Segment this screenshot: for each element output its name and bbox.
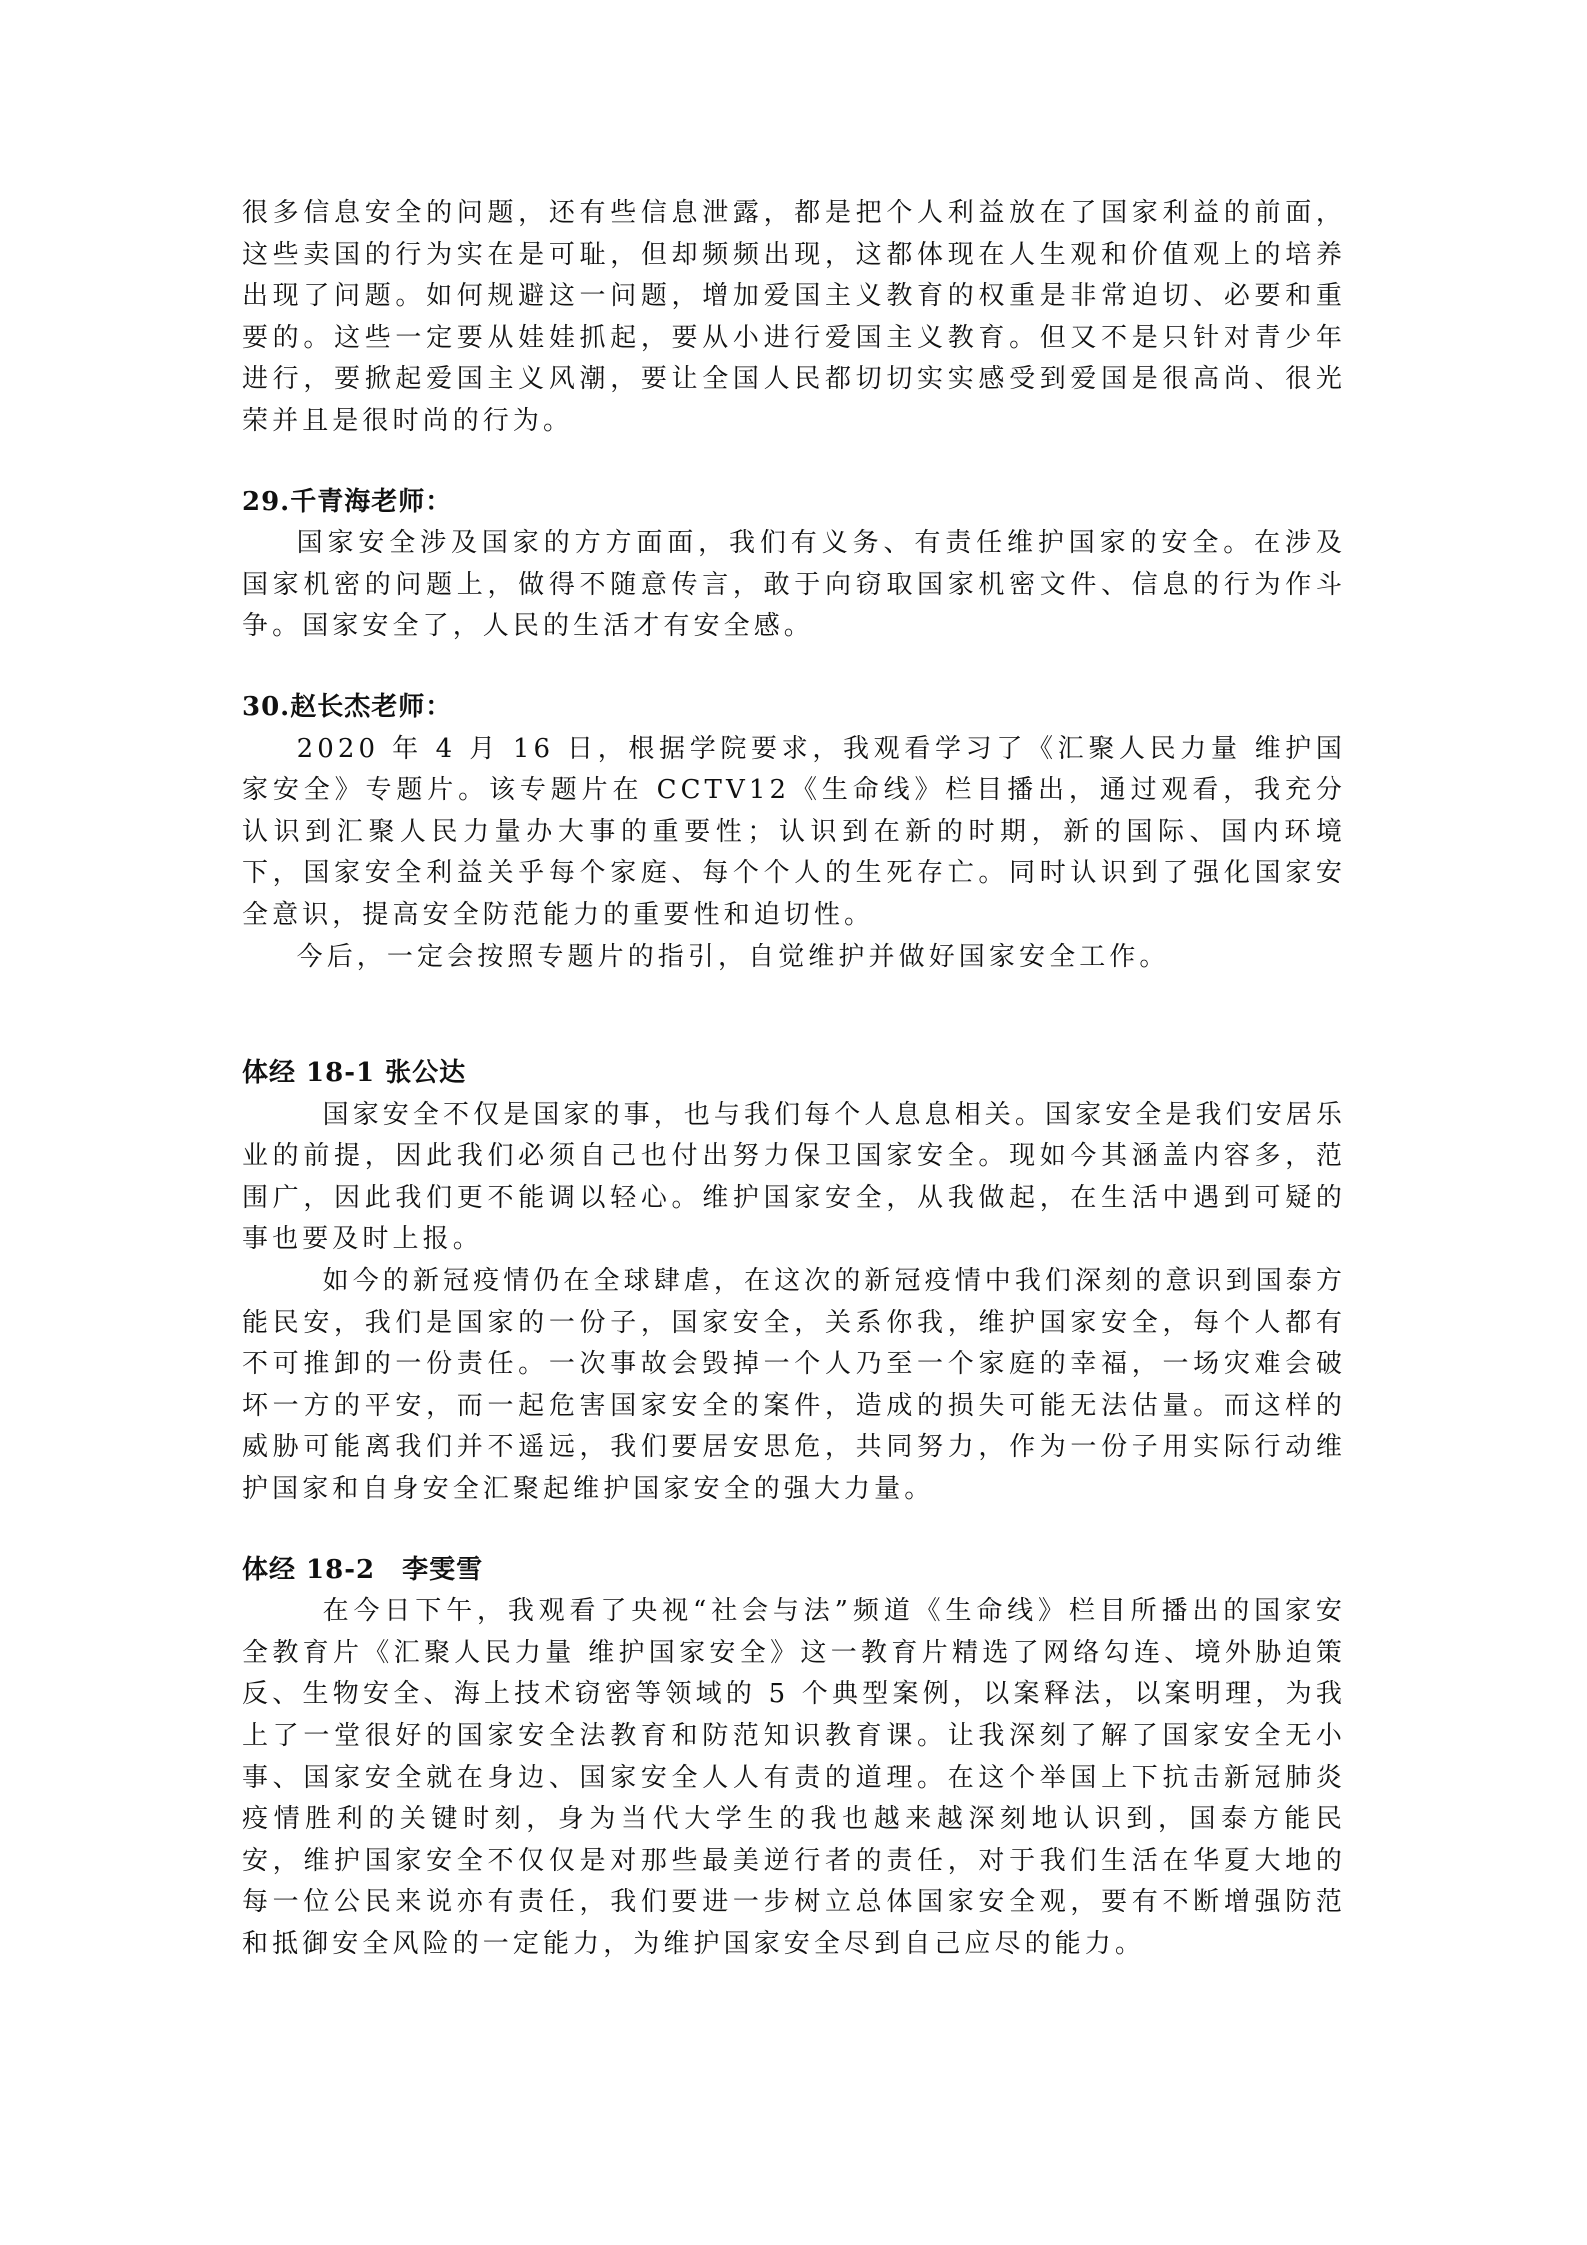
section-paragraph: 今后，一定会按照专题片的指引，自觉维护并做好国家安全工作。: [242, 937, 1346, 979]
section-heading: 体经 18-2 李雯雪: [242, 1550, 1346, 1592]
spacer: [242, 1511, 1346, 1550]
section-paragraph: 如今的新冠疫情仍在全球肆虐，在这次的新冠疫情中我们深刻的意识到国泰方能民安，我们…: [242, 1261, 1346, 1511]
section-heading: 体经 18-1 张公达: [242, 1053, 1346, 1095]
document-page: 很多信息安全的问题，还有些信息泄露，都是把个人利益放在了国家利益的前面，这些卖国…: [242, 193, 1346, 1966]
spacer: [242, 648, 1346, 687]
section-qian-qinghai: 29.千青海老师： 国家安全涉及国家的方方面面，我们有义务、有责任维护国家的安全…: [242, 482, 1346, 648]
section-zhang-gongda: 体经 18-1 张公达 国家安全不仅是国家的事，也与我们每个人息息相关。国家安全…: [242, 1053, 1346, 1511]
section-zhao-changjie: 30.赵长杰老师： 2020 年 4 月 16 日，根据学院要求，我观看学习了《…: [242, 687, 1346, 978]
section-li-wenxue: 体经 18-2 李雯雪 在今日下午，我观看了央视“社会与法”频道《生命线》栏目所…: [242, 1550, 1346, 1966]
section-paragraph: 国家安全不仅是国家的事，也与我们每个人息息相关。国家安全是我们安居乐业的前提，因…: [242, 1095, 1346, 1261]
section-paragraph: 2020 年 4 月 16 日，根据学院要求，我观看学习了《汇聚人民力量 维护国…: [242, 729, 1346, 937]
spacer: [242, 443, 1346, 482]
section-paragraph: 国家安全涉及国家的方方面面，我们有义务、有责任维护国家的安全。在涉及国家机密的问…: [242, 523, 1346, 648]
section-heading: 29.千青海老师：: [242, 482, 1346, 524]
intro-paragraph: 很多信息安全的问题，还有些信息泄露，都是把个人利益放在了国家利益的前面，这些卖国…: [242, 193, 1346, 443]
spacer: [242, 978, 1346, 1053]
section-paragraph: 在今日下午，我观看了央视“社会与法”频道《生命线》栏目所播出的国家安全教育片《汇…: [242, 1591, 1346, 1965]
section-heading: 30.赵长杰老师：: [242, 687, 1346, 729]
